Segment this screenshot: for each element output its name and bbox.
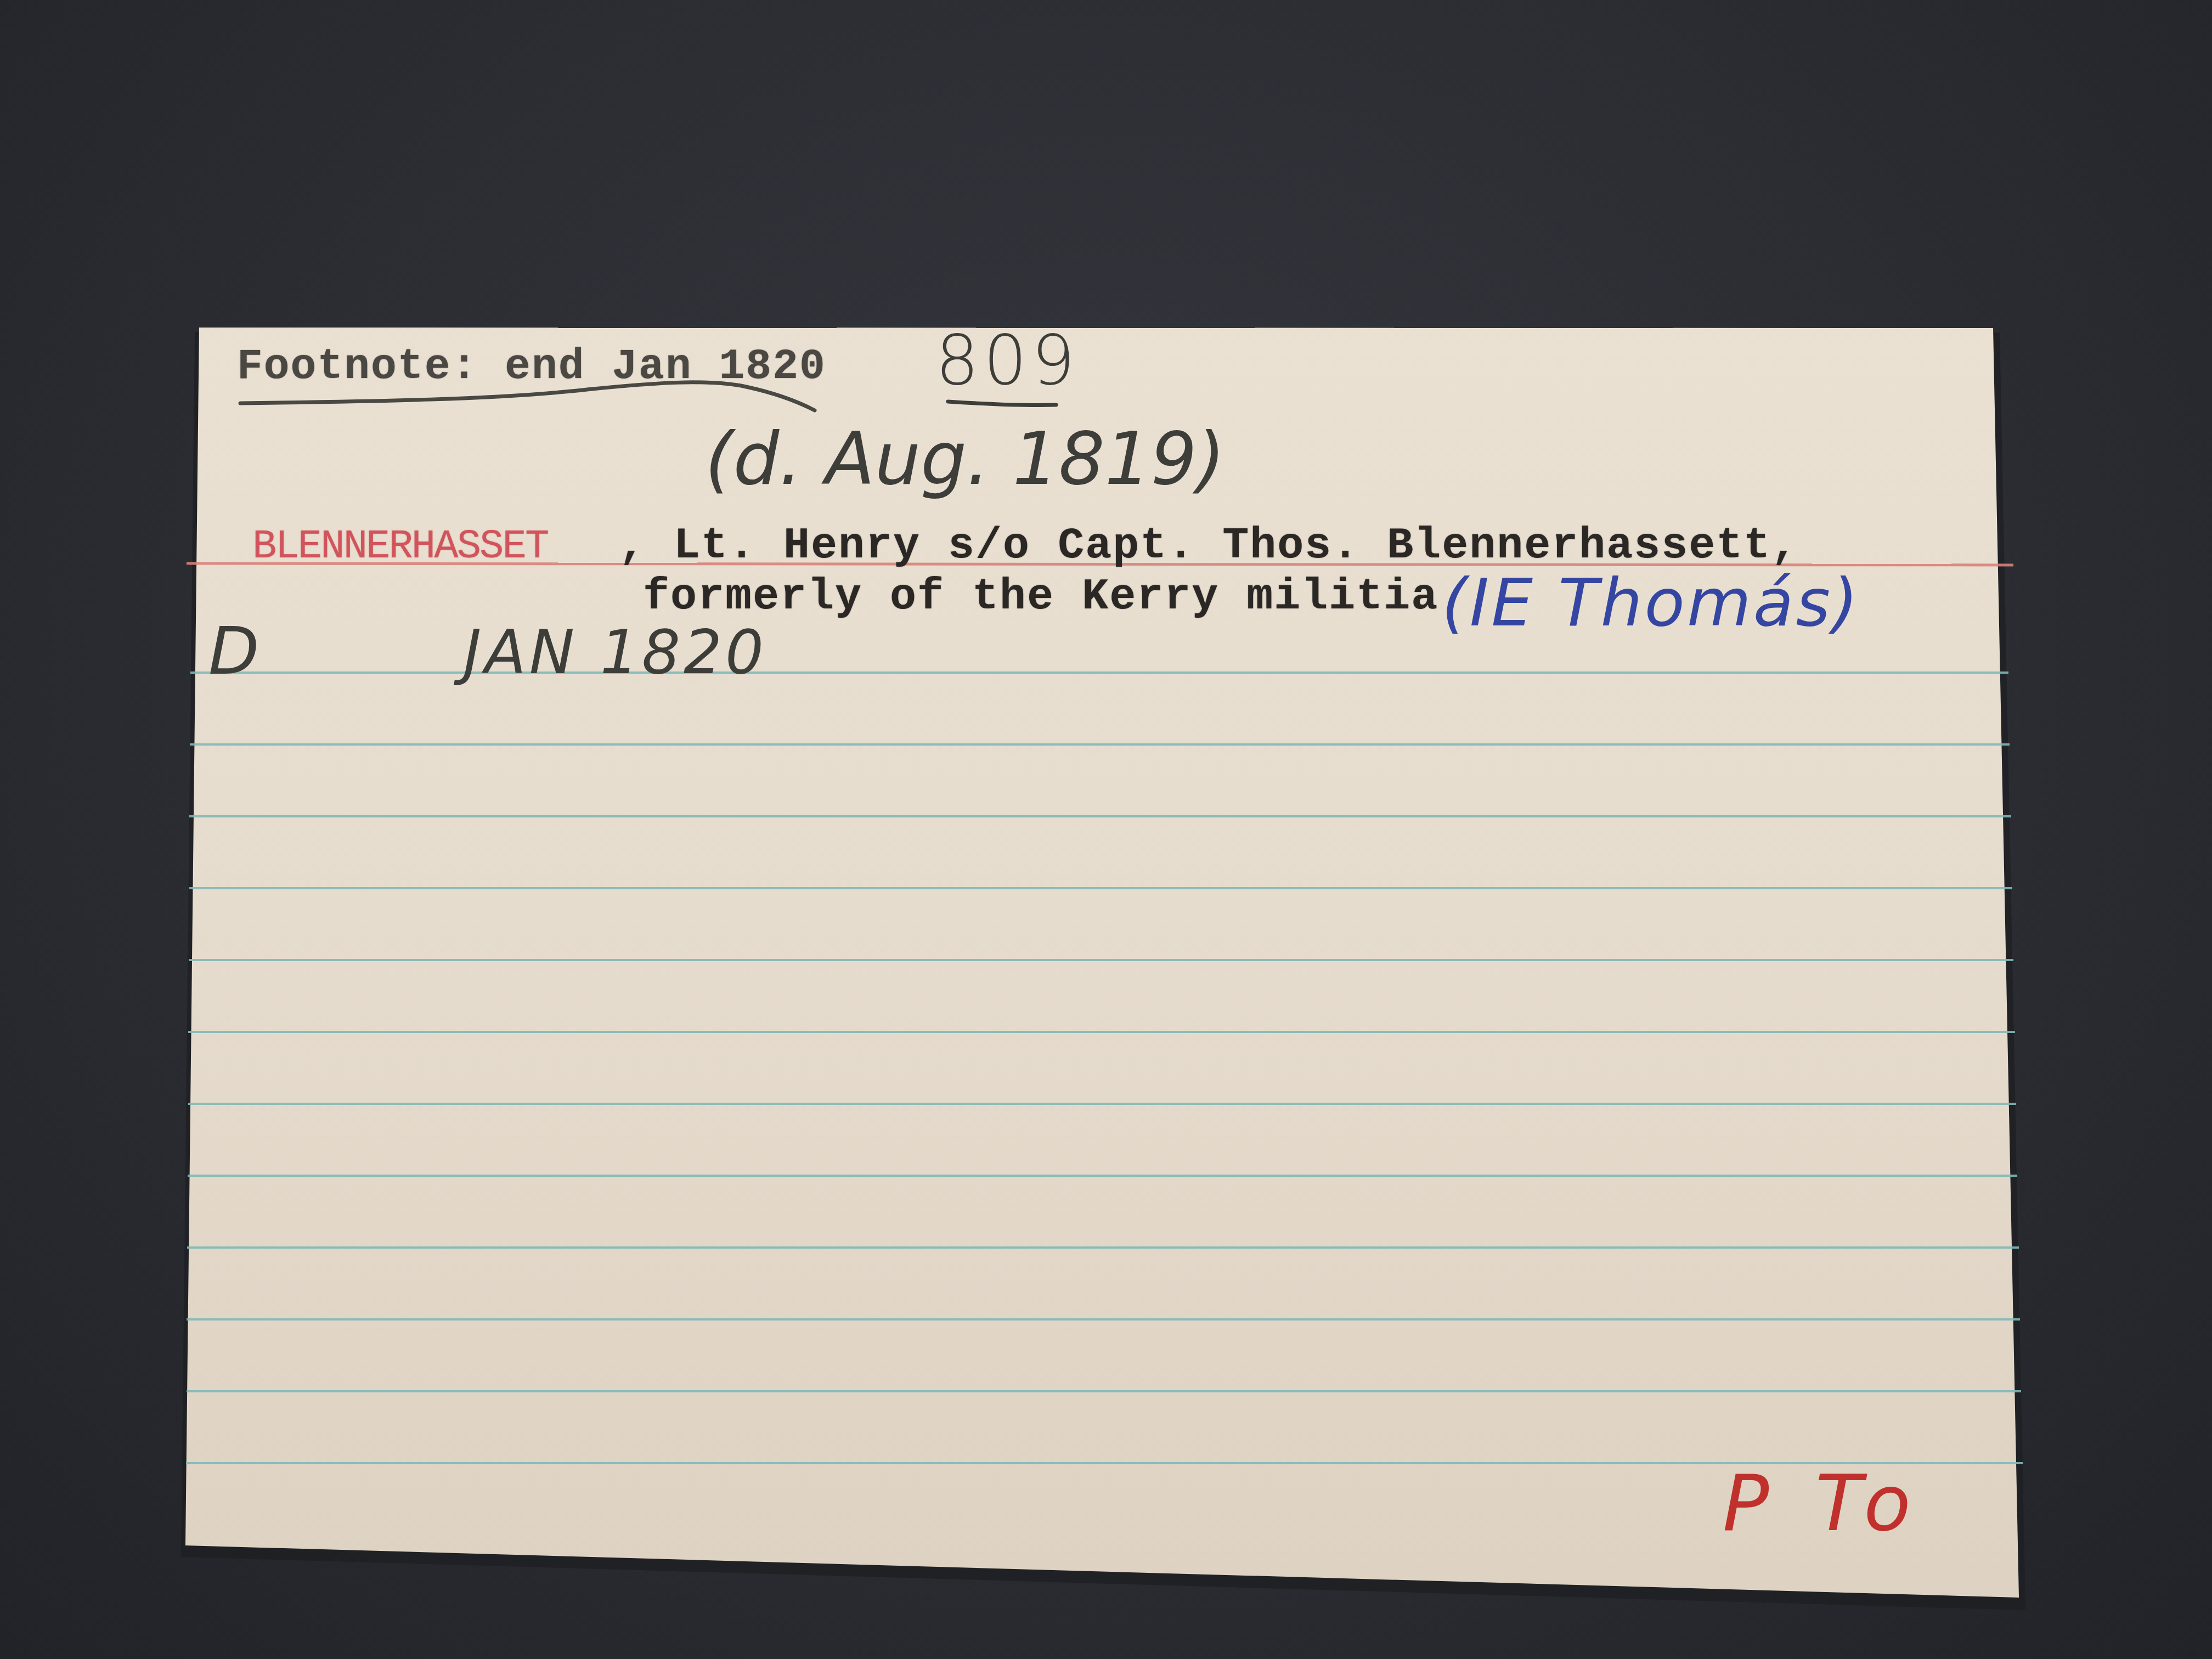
blue-rule-line: [189, 887, 2012, 889]
surname: BLENNERHASSET: [252, 524, 548, 570]
death-note: (d. Aug. 1819): [705, 417, 1225, 501]
blue-rule-line: [187, 1246, 2018, 1249]
blue-annotation: (IE Thomás): [1442, 565, 1860, 641]
please-turn-over-note: P To: [1723, 1459, 1922, 1549]
index-card: [0, 0, 2212, 1659]
blue-rule-line: [188, 1175, 2017, 1177]
blue-rule-line: [187, 1390, 2022, 1392]
entry-line-2: formerly of the Kerry militia: [643, 572, 1438, 622]
card-number-underline: [944, 395, 1064, 417]
card-number: 809: [935, 321, 1080, 400]
blue-rule-line: [190, 743, 2010, 746]
blue-rule-line: [187, 1318, 2019, 1321]
entry-line-1: , Lt. Henry s/o Capt. Thos. Blennerhasse…: [619, 521, 1798, 571]
blue-rule-line: [189, 959, 2013, 961]
footnote-underline: [236, 373, 839, 417]
handwritten-date: JAN 1820: [464, 617, 767, 687]
blue-rule-line: [190, 672, 2008, 674]
blue-rule-line: [188, 1103, 2016, 1105]
margin-mark: D: [208, 613, 259, 690]
blue-rule-line: [189, 815, 2011, 817]
blue-rule-line: [188, 1031, 2015, 1033]
